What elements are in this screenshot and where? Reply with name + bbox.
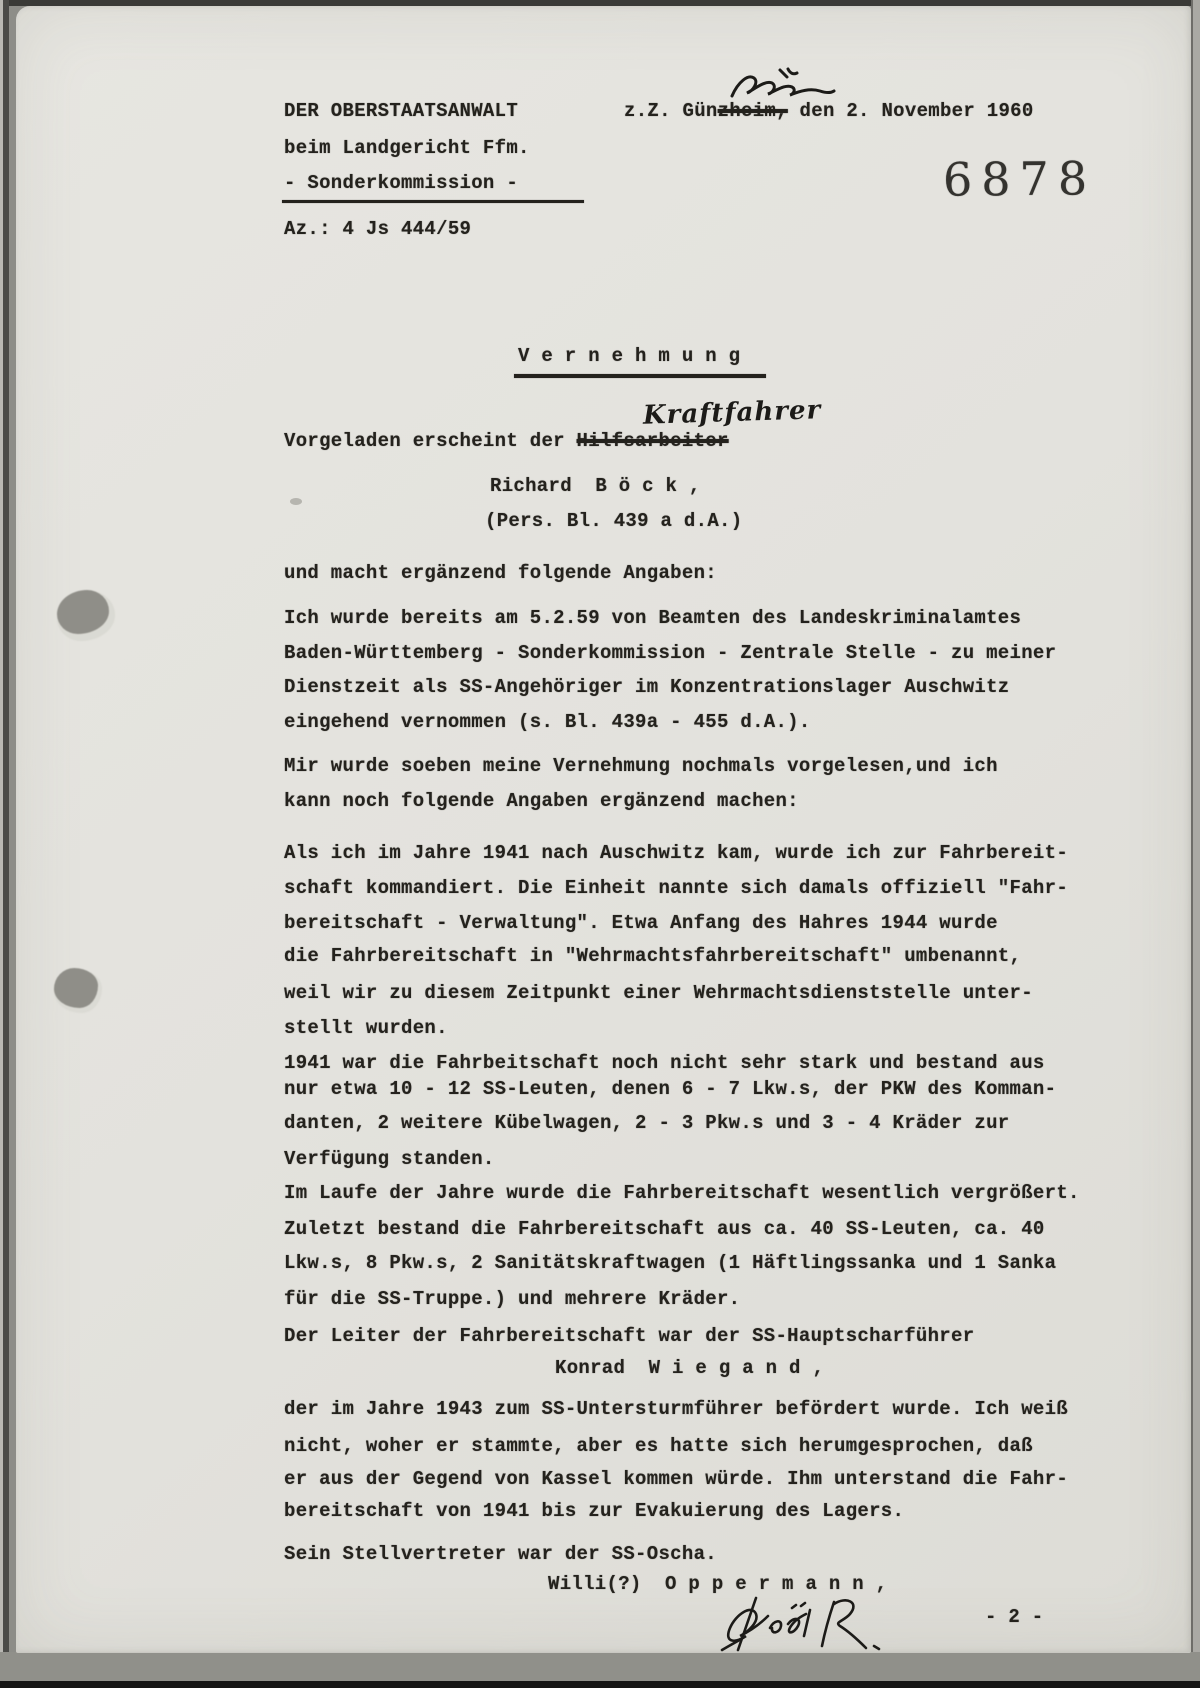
body-line: Sein Stellvertreter war der SS-Oscha. bbox=[284, 1543, 717, 1565]
struck-profession: Hilfsarbeiter bbox=[577, 430, 729, 452]
appearance-prefix: Vorgeladen erscheint der bbox=[284, 430, 577, 452]
body-line: Der Leiter der Fahrbereitschaft war der … bbox=[284, 1325, 974, 1347]
paper-smudge-top bbox=[57, 590, 109, 634]
signature-handwriting bbox=[716, 1584, 901, 1656]
scan-edge-left bbox=[3, 0, 9, 1688]
handwritten-place-correction bbox=[728, 64, 838, 104]
lead-in-line: und macht ergänzend folgende Angaben: bbox=[284, 562, 717, 584]
document-title: V e r n e h m u n g bbox=[518, 345, 740, 367]
body-line: Lkw.s, 8 Pkw.s, 2 Sanitätskraftwagen (1 … bbox=[284, 1252, 1056, 1274]
body-line: Dienstzeit als SS-Angehöriger im Konzent… bbox=[284, 676, 1010, 698]
handwritten-profession: Kraftfahrer bbox=[643, 395, 822, 431]
scan-band-bottom bbox=[0, 1652, 1200, 1681]
scanned-document: { "header": { "office_lines": [ "DER OBE… bbox=[0, 0, 1200, 1688]
body-line: Im Laufe der Jahre wurde die Fahrbereits… bbox=[284, 1182, 1080, 1204]
body-line: für die SS-Truppe.) und mehrere Kräder. bbox=[284, 1288, 740, 1310]
body-line: Als ich im Jahre 1941 nach Auschwitz kam… bbox=[284, 842, 1068, 864]
body-line: die Fahrbereitschaft in "Wehrmachtsfahrb… bbox=[284, 945, 1021, 967]
scan-edge-bottom bbox=[0, 1681, 1200, 1688]
office-line-2: beim Landgericht Ffm. bbox=[284, 137, 530, 159]
office-line-3: - Sonderkommission - bbox=[284, 172, 518, 194]
body-line: Ich wurde bereits am 5.2.59 von Beamten … bbox=[284, 607, 1021, 629]
file-reference: Az.: 4 Js 444/59 bbox=[284, 218, 471, 240]
body-line: weil wir zu diesem Zeitpunkt einer Wehrm… bbox=[284, 982, 1033, 1004]
body-line: stellt wurden. bbox=[284, 1017, 448, 1039]
body-line: nicht, woher er stammte, aber es hatte s… bbox=[284, 1435, 1033, 1457]
witness-name: Richard B ö c k , bbox=[490, 475, 701, 497]
page-number: - 2 - bbox=[985, 1606, 1044, 1628]
scan-edge-right bbox=[1193, 0, 1200, 1660]
body-line: bereitschaft - Verwaltung". Etwa Anfang … bbox=[284, 912, 998, 934]
body-line: 1941 war die Fahrbeitschaft noch nicht s… bbox=[284, 1052, 1045, 1074]
letterhead-underline bbox=[282, 200, 584, 203]
file-sheet-reference: (Pers. Bl. 439 a d.A.) bbox=[485, 510, 742, 532]
title-underline bbox=[514, 374, 766, 378]
body-line: Baden-Württemberg - Sonderkommission - Z… bbox=[284, 642, 1056, 664]
body-line: bereitschaft von 1941 bis zur Evakuierun… bbox=[284, 1500, 904, 1522]
body-line: Verfügung standen. bbox=[284, 1148, 495, 1170]
body-line: eingehend vernommen (s. Bl. 439a - 455 d… bbox=[284, 711, 811, 733]
body-line: er aus der Gegend von Kassel kommen würd… bbox=[284, 1468, 1068, 1490]
body-line: nur etwa 10 - 12 SS-Leuten, denen 6 - 7 … bbox=[284, 1078, 1056, 1100]
body-line: Zuletzt bestand die Fahrbereitschaft aus… bbox=[284, 1218, 1045, 1240]
body-line: der im Jahre 1943 zum SS-Untersturmführe… bbox=[284, 1398, 1068, 1420]
body-line: danten, 2 weitere Kübelwagen, 2 - 3 Pkw.… bbox=[284, 1112, 1010, 1134]
stamp-number: 6878 bbox=[943, 151, 1097, 206]
paper-speck bbox=[290, 498, 302, 505]
document-page: DER OBERSTAATSANWALT beim Landgericht Ff… bbox=[16, 6, 1191, 1653]
office-line-1: DER OBERSTAATSANWALT bbox=[284, 100, 518, 122]
body-line: Mir wurde soeben meine Vernehmung nochma… bbox=[284, 755, 998, 777]
appearance-line: Vorgeladen erscheint der Hilfsarbeiter bbox=[284, 430, 729, 452]
body-line: kann noch folgende Angaben ergänzend mac… bbox=[284, 790, 799, 812]
paper-smudge-bottom bbox=[54, 968, 98, 1008]
body-line: schaft kommandiert. Die Einheit nannte s… bbox=[284, 877, 1068, 899]
name-wiegand: Konrad W i e g a n d , bbox=[555, 1357, 824, 1379]
place-prefix: z.Z. Gün bbox=[624, 100, 718, 122]
